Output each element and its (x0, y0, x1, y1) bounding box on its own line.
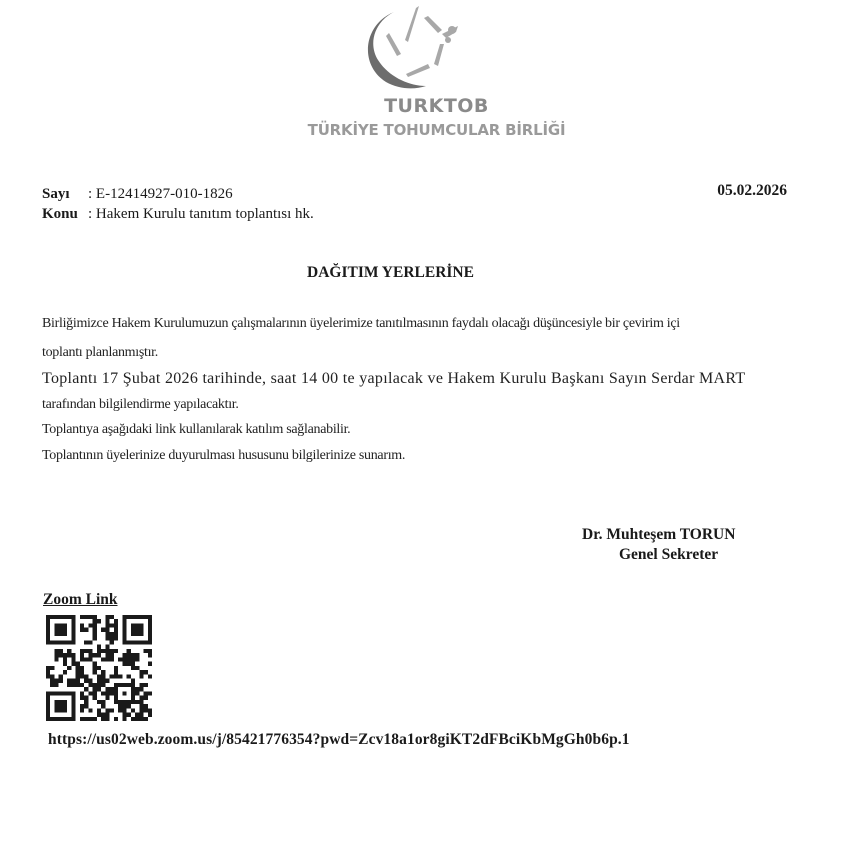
zoom-meeting-url[interactable]: https://us02web.zoom.us/j/85421776354?pw… (48, 731, 630, 749)
zoom-link-label: Zoom Link (43, 591, 118, 609)
sayi-field: Sayı: E-12414927-010-1826 (42, 184, 233, 204)
org-short-name: TURKTOB (0, 95, 853, 117)
body-line-6: Toplantının üyelerinize duyurulması husu… (42, 448, 405, 464)
sayi-label: Sayı (42, 184, 88, 204)
body-line-2: toplantı planlanmıştır. (42, 345, 158, 361)
crescent-star-logo-icon (356, 2, 476, 90)
konu-value: : Hakem Kurulu tanıtım toplantısı hk. (88, 206, 314, 222)
distribution-heading: DAĞITIM YERLERİNE (0, 264, 853, 282)
body-line-1: Birliğimizce Hakem Kurulumuzun çalışmala… (42, 316, 680, 332)
signatory-title: Genel Sekreter (619, 546, 718, 564)
org-full-name: TÜRKİYE TOHUMCULAR BİRLİĞİ (0, 121, 853, 139)
sayi-value: : E-12414927-010-1826 (88, 186, 233, 202)
qr-code-icon[interactable] (46, 615, 152, 721)
document-date: 05.02.2026 (717, 182, 787, 200)
body-line-3: Toplantı 17 Şubat 2026 tarihinde, saat 1… (42, 370, 745, 388)
konu-label: Konu (42, 204, 88, 224)
konu-field: Konu: Hakem Kurulu tanıtım toplantısı hk… (42, 204, 314, 224)
body-line-5: Toplantıya aşağıdaki link kullanılarak k… (42, 422, 350, 438)
signatory-name: Dr. Muhteşem TORUN (582, 526, 735, 544)
body-line-4: tarafından bilgilendirme yapılacaktır. (42, 397, 239, 413)
